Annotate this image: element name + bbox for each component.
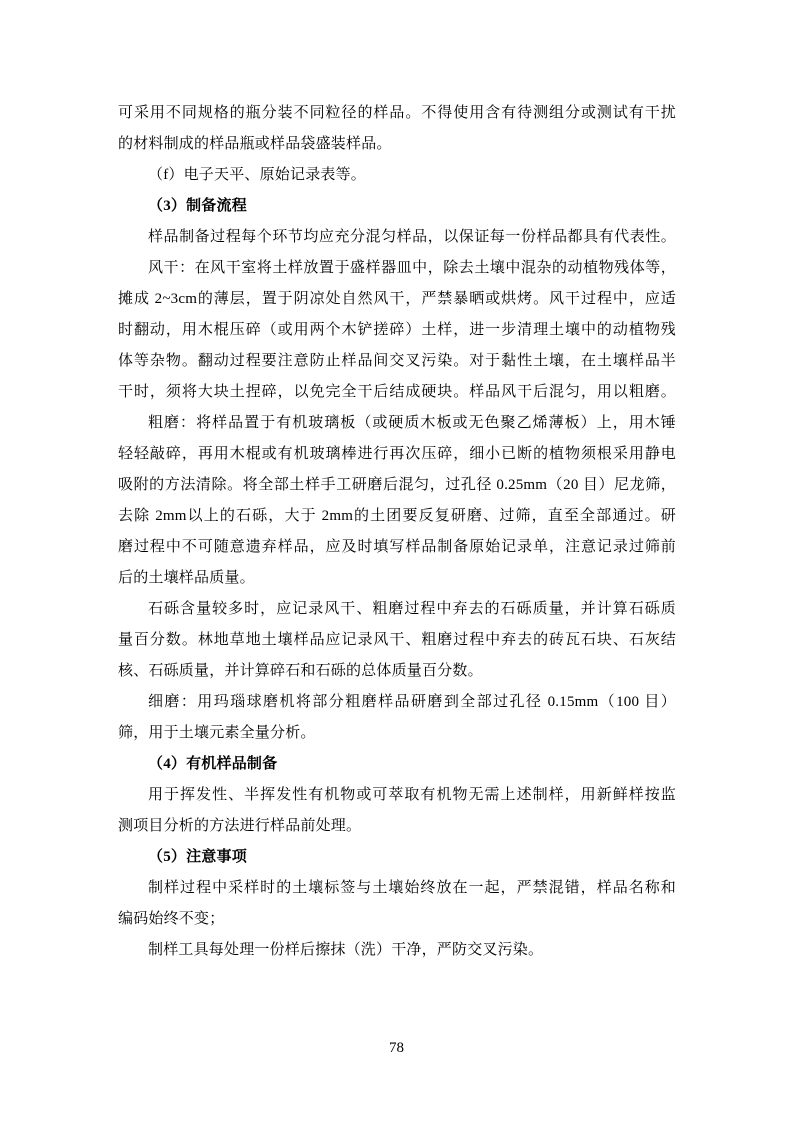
text-line: （f）电子天平、原始记录表等。 [118,160,676,191]
text-line: 核、石砾质量，并计算碎石和石砾的总体质量百分数。 [118,656,676,687]
text-line: （4）有机样品制备 [118,749,676,780]
text-line: 后的土壤样品质量。 [118,563,676,594]
paragraph: 细磨：用玛瑙球磨机将部分粗磨样品研磨到全部过孔径 0.15mm（100 目）筛，… [118,687,676,749]
section-heading: （4）有机样品制备 [118,749,676,780]
text-line: 风干：在风干室将土样放置于盛样器皿中，除去土壤中混杂的动植物残体等， [118,253,676,284]
text-line: 去除 2mm以上的石砾，大于 2mm的土团要反复研磨、过筛，直至全部通过。研 [118,501,676,532]
text-line: 干时，须将大块土捏碎，以免完全干后结成硬块。样品风干后混匀，用以粗磨。 [118,377,676,408]
paragraph: 石砾含量较多时，应记录风干、粗磨过程中弃去的石砾质量，并计算石砾质量百分数。林地… [118,594,676,687]
text-line: 筛，用于土壤元素全量分析。 [118,718,676,749]
section-heading: （5）注意事项 [118,842,676,873]
text-line: 可采用不同规格的瓶分装不同粒径的样品。不得使用含有待测组分或测试有干扰 [118,98,676,129]
document-body: 可采用不同规格的瓶分装不同粒径的样品。不得使用含有待测组分或测试有干扰的材料制成… [118,98,676,966]
text-line: 用于挥发性、半挥发性有机物或可萃取有机物无需上述制样，用新鲜样按监 [118,780,676,811]
text-line: 磨过程中不可随意遗弃样品，应及时填写样品制备原始记录单，注意记录过筛前 [118,532,676,563]
text-line: 细磨：用玛瑙球磨机将部分粗磨样品研磨到全部过孔径 0.15mm（100 目） [118,687,676,718]
text-line: 编码始终不变； [118,904,676,935]
paragraph: 粗磨：将样品置于有机玻璃板（或硬质木板或无色聚乙烯薄板）上，用木锤轻轻敲碎，再用… [118,408,676,594]
text-line: 吸附的方法清除。将全部土样手工研磨后混匀，过孔径 0.25mm（20 目）尼龙筛… [118,470,676,501]
section-heading: （3）制备流程 [118,191,676,222]
paragraph: （f）电子天平、原始记录表等。 [118,160,676,191]
text-line: 量百分数。林地草地土壤样品应记录风干、粗磨过程中弃去的砖瓦石块、石灰结 [118,625,676,656]
text-line: 样品制备过程每个环节均应充分混匀样品，以保证每一份样品都具有代表性。 [118,222,676,253]
text-line: （5）注意事项 [118,842,676,873]
text-line: 石砾含量较多时，应记录风干、粗磨过程中弃去的石砾质量，并计算石砾质 [118,594,676,625]
text-line: 粗磨：将样品置于有机玻璃板（或硬质木板或无色聚乙烯薄板）上，用木锤 [118,408,676,439]
text-line: 时翻动，用木棍压碎（或用两个木铲搓碎）土样，进一步清理土壤中的动植物残 [118,315,676,346]
paragraph: 样品制备过程每个环节均应充分混匀样品，以保证每一份样品都具有代表性。 [118,222,676,253]
text-line: 测项目分析的方法进行样品前处理。 [118,811,676,842]
text-line: 轻轻敲碎，再用木棍或有机玻璃棒进行再次压碎，细小已断的植物须根采用静电 [118,439,676,470]
paragraph: 制样过程中采样时的土壤标签与土壤始终放在一起，严禁混错，样品名称和编码始终不变； [118,873,676,935]
text-line: （3）制备流程 [118,191,676,222]
paragraph: 风干：在风干室将土样放置于盛样器皿中，除去土壤中混杂的动植物残体等，摊成 2~3… [118,253,676,408]
text-line: 制样工具每处理一份样后擦抹（洗）干净，严防交叉污染。 [118,935,676,966]
text-line: 摊成 2~3cm的薄层，置于阴凉处自然风干，严禁暴晒或烘烤。风干过程中，应适 [118,284,676,315]
page-number: 78 [0,1038,793,1058]
text-line: 体等杂物。翻动过程要注意防止样品间交叉污染。对于黏性土壤，在土壤样品半 [118,346,676,377]
paragraph: 制样工具每处理一份样后擦抹（洗）干净，严防交叉污染。 [118,935,676,966]
paragraph: 用于挥发性、半挥发性有机物或可萃取有机物无需上述制样，用新鲜样按监测项目分析的方… [118,780,676,842]
paragraph: 可采用不同规格的瓶分装不同粒径的样品。不得使用含有待测组分或测试有干扰的材料制成… [118,98,676,160]
document-page: 可采用不同规格的瓶分装不同粒径的样品。不得使用含有待测组分或测试有干扰的材料制成… [0,0,793,1122]
text-line: 的材料制成的样品瓶或样品袋盛装样品。 [118,129,676,160]
text-line: 制样过程中采样时的土壤标签与土壤始终放在一起，严禁混错，样品名称和 [118,873,676,904]
